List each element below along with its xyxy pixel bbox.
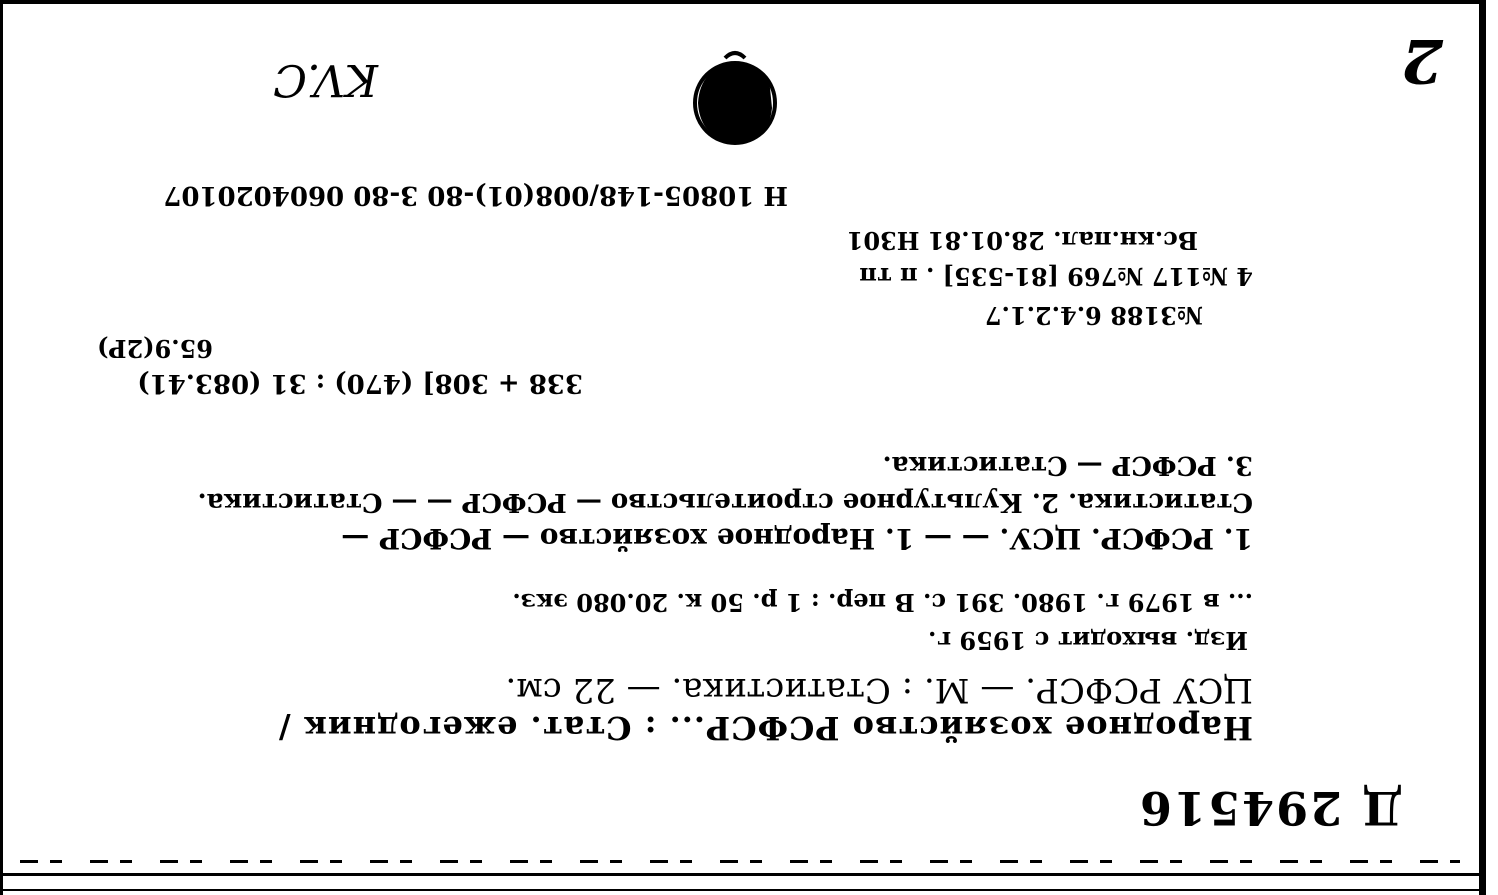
technical-line-1: №3188 6.4.2.1.7: [985, 301, 1203, 330]
technical-line-3: Вс.кн.пал. 28.01.81 Н301: [847, 226, 1198, 255]
handwritten-mark-kvc: KV.C: [273, 54, 378, 105]
title-line: Народное хозяйство РСФСР... : Стат. ежег…: [278, 709, 1253, 747]
call-number: Д 294516: [1138, 781, 1403, 835]
publication-line: ... в 1979 г. 1980. 391 с. В пер. : 1 р.…: [512, 588, 1253, 617]
handwritten-mark-number: 2: [1401, 25, 1443, 95]
udc-classification: 338 + 308] (470) : 31 (083.41): [137, 368, 583, 398]
subject-heading-2: Статистика. 2. Культурное строительство …: [198, 487, 1253, 517]
subject-heading-3: 3. РСФСР — Статистика.: [883, 450, 1253, 480]
responsibility-line: ЦСУ РСФСР. — М. : Статистика. — 22 см.: [505, 670, 1253, 710]
ink-blot-stamp-icon: [690, 48, 780, 158]
card-content-rotated: Д 294516 Народное хозяйство РСФСР... : С…: [0, 0, 1498, 895]
technical-line-4: Н 10805-148/008(01)-80 3-80 0604020107: [163, 180, 788, 210]
note-line: Изд. выходит с 1959 г.: [928, 626, 1248, 655]
subject-heading-1: 1. РСФСР. ЦСУ. — — 1. Народное хозяйство…: [341, 522, 1253, 555]
scanned-catalog-card: Д 294516 Народное хозяйство РСФСР... : С…: [0, 0, 1498, 895]
technical-line-2: 4 №117 №769 [81-535] . п тп: [859, 262, 1253, 291]
bbk-classification: 65.9(2Р): [97, 334, 213, 363]
